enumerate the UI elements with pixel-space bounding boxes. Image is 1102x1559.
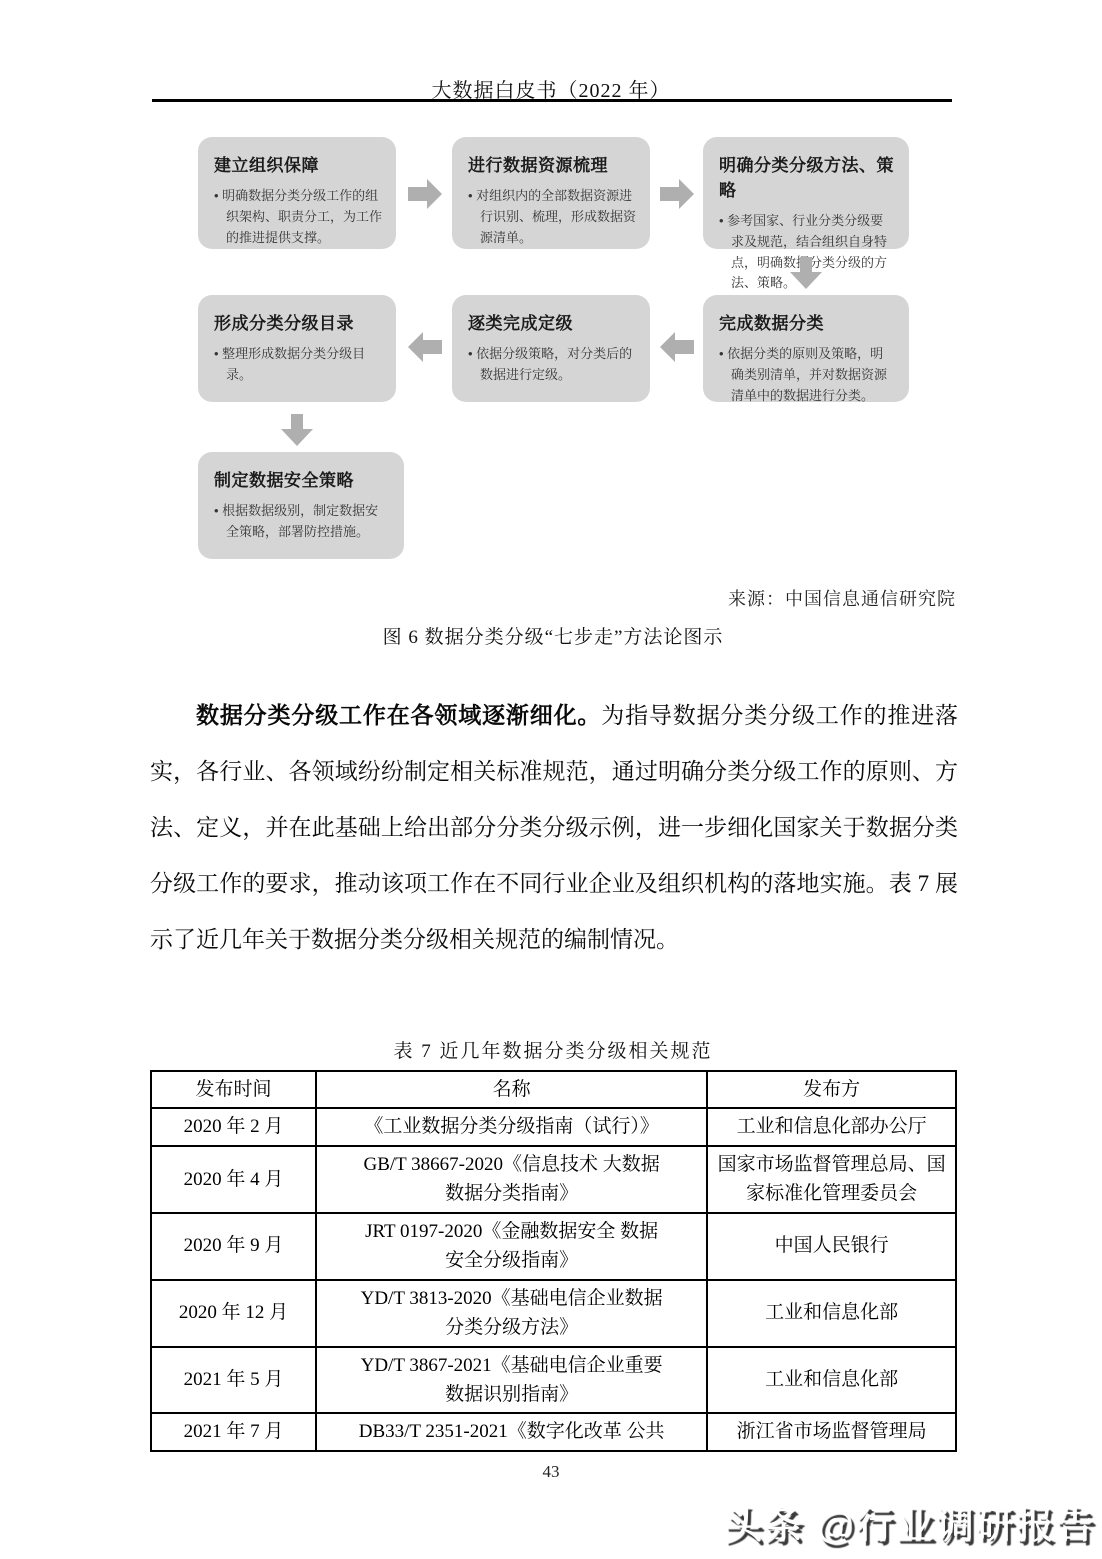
col-header-publisher: 发布方 — [707, 1071, 956, 1108]
cell-publisher: 工业和信息化部办公厅 — [707, 1108, 956, 1145]
cell-publisher: 国家市场监督管理总局、国家标准化管理委员会 — [707, 1146, 956, 1213]
cell-publisher: 中国人民银行 — [707, 1213, 956, 1280]
flow-step-4: 形成分类分级目录 整理形成数据分类分级目录。 — [198, 295, 396, 402]
cell-publisher: 工业和信息化部 — [707, 1347, 956, 1414]
figure-source: 来源：中国信息通信研究院 — [150, 585, 956, 611]
flow-step-desc: 明确数据分类分级工作的组织架构、职责分工，为工作的推进提供支撑。 — [214, 186, 382, 248]
cell-name: YD/T 3867-2021《基础电信企业重要 数据识别指南》 — [316, 1347, 707, 1414]
flow-step-title: 完成数据分类 — [719, 309, 895, 334]
table-row: 2020 年 9 月 JRT 0197-2020《金融数据安全 数据 安全分级指… — [151, 1213, 956, 1280]
flow-step-2: 进行数据资源梳理 对组织内的全部数据资源进行识别、梳理，形成数据资源清单。 — [452, 137, 650, 249]
flow-step-1: 建立组织保障 明确数据分类分级工作的组织架构、职责分工，为工作的推进提供支撑。 — [198, 137, 396, 249]
cell-publish-time: 2021 年 5 月 — [151, 1347, 316, 1414]
body-paragraph: 数据分类分级工作在各领域逐渐细化。为指导数据分类分级工作的推进落实，各行业、各领… — [150, 688, 958, 968]
page-number: 43 — [0, 1462, 1102, 1482]
document-page: 大数据白皮书（2022 年） 建立组织保障 明确数据分类分级工作的组织架构、职责… — [0, 0, 1102, 1559]
table-row: 2021 年 7 月 DB33/T 2351-2021《数字化改革 公共 浙江省… — [151, 1413, 956, 1450]
arrow-down-icon — [281, 414, 313, 451]
flow-step-desc: 依据分类的原则及策略，明确类别清单，并对数据资源清单中的数据进行分类。 — [719, 344, 895, 406]
arrow-left-icon — [408, 332, 442, 367]
cell-publisher: 工业和信息化部 — [707, 1280, 956, 1347]
flow-step-title: 进行数据资源梳理 — [468, 151, 636, 176]
table-row: 2020 年 2 月 《工业数据分类分级指南（试行）》 工业和信息化部办公厅 — [151, 1108, 956, 1145]
col-header-publish-time: 发布时间 — [151, 1071, 316, 1108]
flow-step-desc: 依据分级策略，对分类后的数据进行定级。 — [468, 344, 636, 386]
flowchart-figure: 建立组织保障 明确数据分类分级工作的组织架构、职责分工，为工作的推进提供支撑。 … — [150, 130, 962, 565]
watermark-text: 头条 @行业调研报告 — [724, 1494, 1096, 1549]
flow-step-5: 逐类完成定级 依据分级策略，对分类后的数据进行定级。 — [452, 295, 650, 402]
flow-step-3: 明确分类分级方法、策略 参考国家、行业分类分级要求及规范，结合组织自身特点，明确… — [703, 137, 909, 249]
arrow-right-icon — [408, 179, 442, 214]
lead-sentence: 数据分类分级工作在各领域逐渐细化。 — [196, 703, 601, 728]
regulations-table: 发布时间 名称 发布方 2020 年 2 月 《工业数据分类分级指南（试行）》 … — [150, 1070, 957, 1452]
cell-name: DB33/T 2351-2021《数字化改革 公共 — [316, 1413, 707, 1450]
cell-publish-time: 2020 年 12 月 — [151, 1280, 316, 1347]
cell-publish-time: 2020 年 2 月 — [151, 1108, 316, 1145]
flow-step-desc: 整理形成数据分类分级目录。 — [214, 344, 382, 386]
flow-step-title: 制定数据安全策略 — [214, 466, 390, 491]
flow-step-title: 形成分类分级目录 — [214, 309, 382, 334]
figure-caption: 图 6 数据分类分级“七步走”方法论图示 — [150, 622, 956, 649]
cell-name: JRT 0197-2020《金融数据安全 数据 安全分级指南》 — [316, 1213, 707, 1280]
flow-step-6: 完成数据分类 依据分类的原则及策略，明确类别清单，并对数据资源清单中的数据进行分… — [703, 295, 909, 402]
flow-step-7: 制定数据安全策略 根据数据级别，制定数据安全策略，部署防控措施。 — [198, 452, 404, 559]
table-caption: 表 7 近几年数据分类分级相关规范 — [150, 1036, 956, 1063]
cell-publish-time: 2021 年 7 月 — [151, 1413, 316, 1450]
flow-step-title: 建立组织保障 — [214, 151, 382, 176]
arrow-down-icon — [790, 257, 822, 294]
paragraph-text: 为指导数据分类分级工作的推进落实，各行业、各领域纷纷制定相关标准规范，通过明确分… — [150, 703, 958, 952]
cell-name: YD/T 3813-2020《基础电信企业数据 分类分级方法》 — [316, 1280, 707, 1347]
table-header-row: 发布时间 名称 发布方 — [151, 1071, 956, 1108]
table-row: 2021 年 5 月 YD/T 3867-2021《基础电信企业重要 数据识别指… — [151, 1347, 956, 1414]
cell-publish-time: 2020 年 4 月 — [151, 1146, 316, 1213]
cell-publisher: 浙江省市场监督管理局 — [707, 1413, 956, 1450]
col-header-name: 名称 — [316, 1071, 707, 1108]
cell-publish-time: 2020 年 9 月 — [151, 1213, 316, 1280]
header-divider — [152, 99, 952, 102]
arrow-left-icon — [660, 332, 694, 367]
flow-step-desc: 根据数据级别，制定数据安全策略，部署防控措施。 — [214, 501, 390, 543]
flow-step-desc: 对组织内的全部数据资源进行识别、梳理，形成数据资源清单。 — [468, 186, 636, 248]
flow-step-title: 明确分类分级方法、策略 — [719, 151, 895, 201]
arrow-right-icon — [660, 179, 694, 214]
cell-name: 《工业数据分类分级指南（试行）》 — [316, 1108, 707, 1145]
table-row: 2020 年 12 月 YD/T 3813-2020《基础电信企业数据 分类分级… — [151, 1280, 956, 1347]
flow-step-title: 逐类完成定级 — [468, 309, 636, 334]
table-row: 2020 年 4 月 GB/T 38667-2020《信息技术 大数据 数据分类… — [151, 1146, 956, 1213]
cell-name: GB/T 38667-2020《信息技术 大数据 数据分类指南》 — [316, 1146, 707, 1213]
